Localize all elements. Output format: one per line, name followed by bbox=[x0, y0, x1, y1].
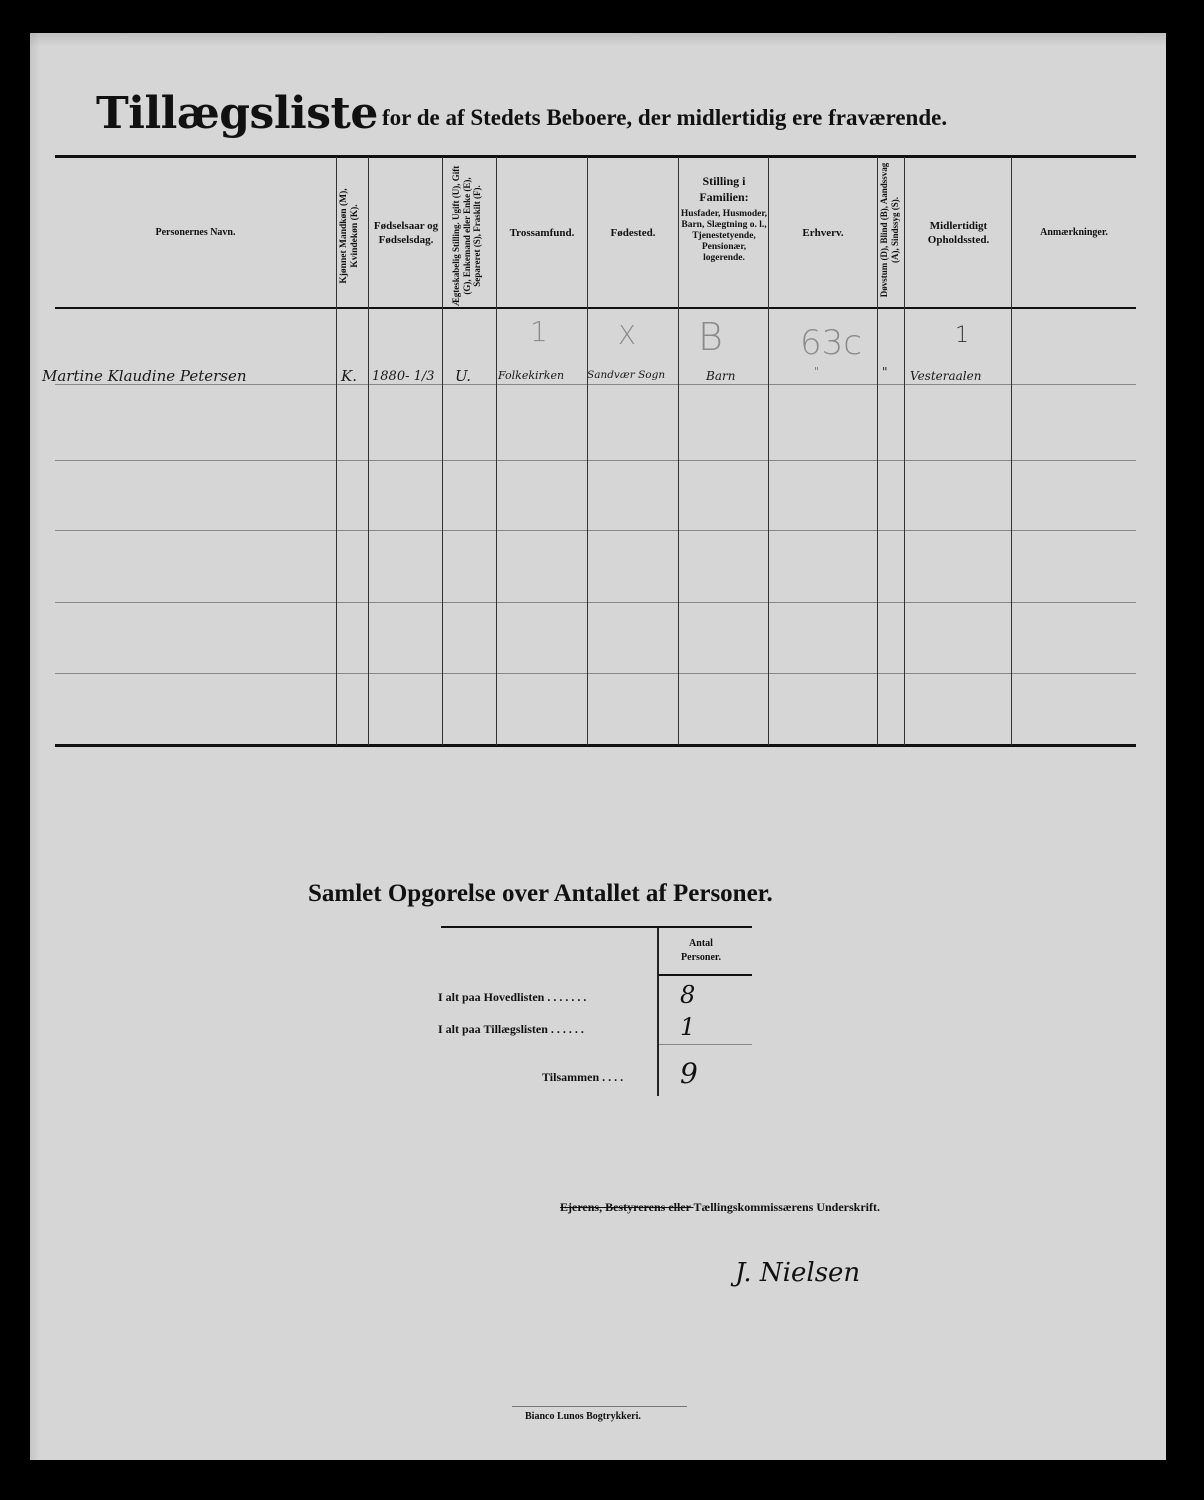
pencil-mark-occupation: 63c bbox=[800, 323, 862, 363]
subtitle-bold: fraværende. bbox=[828, 105, 947, 130]
form-subtitle: for de af Stedets Beboere, der midlertid… bbox=[382, 105, 947, 131]
cell-marital: U. bbox=[455, 367, 471, 385]
col-divider bbox=[877, 157, 878, 745]
summary-value-total: 9 bbox=[680, 1057, 698, 1090]
cell-name: Martine Klaudine Petersen bbox=[42, 367, 247, 385]
summary-top-rule bbox=[441, 926, 752, 928]
form-title: Tillægsliste bbox=[96, 88, 378, 139]
col-divider bbox=[336, 157, 337, 745]
summary-col-header: Antal Personer. bbox=[670, 937, 732, 965]
summary-title: Samlet Opgorelse over Antallet af Person… bbox=[308, 880, 773, 908]
table-bottom-rule bbox=[55, 744, 1136, 747]
pencil-mark-family: B bbox=[698, 315, 723, 359]
subtitle-text: for de af Stedets Beboere, der midlertid… bbox=[382, 105, 828, 130]
census-form-page: Tillægsliste for de af Stedets Beboere, … bbox=[30, 33, 1166, 1460]
col-divider bbox=[368, 157, 369, 745]
row-divider bbox=[55, 602, 1136, 603]
signature-label: Ejerens, Bestyrerens eller Tællingskommi… bbox=[560, 1200, 880, 1215]
summary-col-rule bbox=[657, 928, 659, 1096]
printer-rule bbox=[512, 1406, 687, 1407]
header-family-title: Stilling i Familien: bbox=[680, 173, 768, 205]
signature-label-text: Tællingskommissærens Underskrift. bbox=[694, 1200, 880, 1214]
header-disability: Døvstum (D), Blind (B), Aandssvag (A), S… bbox=[879, 160, 903, 300]
header-sex: Kjønnet Mandkøn (M), Kvindekøn (K). bbox=[339, 166, 365, 306]
cell-sex: K. bbox=[341, 367, 357, 385]
pencil-mark-residence: 1 bbox=[955, 323, 969, 348]
header-marital: Ægteskabelig Stilling. Ugift (U), Gift (… bbox=[451, 162, 497, 310]
cell-family: Barn bbox=[706, 369, 735, 383]
summary-value-supplement: 1 bbox=[680, 1013, 695, 1041]
header-remarks: Anmærkninger. bbox=[1012, 158, 1136, 307]
cell-residence: Vesteraalen bbox=[910, 369, 981, 383]
summary-value-main: 8 bbox=[680, 981, 695, 1009]
row-divider bbox=[55, 530, 1136, 531]
cell-disability: " bbox=[882, 365, 888, 379]
pencil-mark-religion: 1 bbox=[530, 315, 548, 348]
summary-header-rule bbox=[659, 974, 752, 976]
cell-religion: Folkekirken bbox=[498, 369, 564, 382]
summary-subtotal-rule bbox=[659, 1044, 752, 1045]
cell-occupation: " bbox=[814, 365, 819, 378]
signature-label-struck: Ejerens, Bestyrerens eller bbox=[560, 1200, 694, 1214]
header-family-sub: Husfader, Husmoder, Barn, Slægtning o. l… bbox=[680, 209, 768, 264]
summary-label-total: Tilsammen . . . . bbox=[542, 1070, 623, 1085]
cell-birth: 1880- 1/3 bbox=[372, 369, 435, 384]
header-occupation: Erhverv. bbox=[769, 158, 877, 307]
summary-label-supplement: I alt paa Tillægslisten . . . . . . bbox=[438, 1022, 584, 1037]
header-birthplace: Fødested. bbox=[588, 158, 678, 307]
col-divider bbox=[678, 157, 679, 745]
signature: J. Nielsen bbox=[735, 1258, 860, 1288]
header-birth: Fødselsaar og Fødselsdag. bbox=[370, 158, 442, 307]
col-divider bbox=[904, 157, 905, 745]
printer-imprint: Bianco Lunos Bogtrykkeri. bbox=[525, 1411, 641, 1422]
header-residence: Midlertidigt Opholdssted. bbox=[906, 158, 1011, 307]
header-family: Stilling i Familien: Husfader, Husmoder,… bbox=[680, 173, 768, 264]
header-name: Personernes Navn. bbox=[55, 158, 336, 307]
table-header-rule bbox=[55, 307, 1136, 309]
header-religion: Trossamfund. bbox=[497, 158, 587, 307]
row-divider bbox=[55, 460, 1136, 461]
summary-label-main: I alt paa Hovedlisten . . . . . . . bbox=[438, 990, 586, 1005]
cell-birthplace: Sandvær Sogn bbox=[587, 369, 665, 381]
pencil-mark-birthplace: X bbox=[618, 321, 636, 351]
row-divider bbox=[55, 673, 1136, 674]
col-divider bbox=[442, 157, 443, 745]
